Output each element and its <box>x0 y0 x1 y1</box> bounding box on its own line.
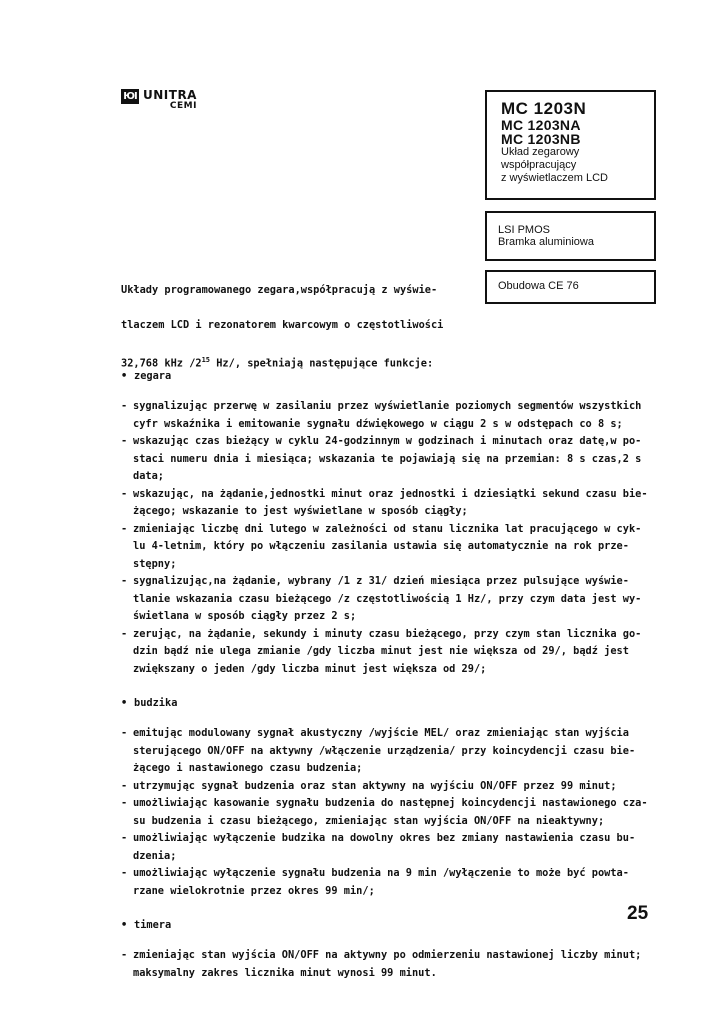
product-description: Układ zegarowy <box>501 146 654 159</box>
page-number: 25 <box>627 903 648 925</box>
product-description: z wyświetlaczem LCD <box>501 172 654 185</box>
product-variant: MC 1203NA <box>501 118 654 132</box>
list-item-text: sygnalizując,na żądanie, wybrany /1 z 31… <box>133 573 661 626</box>
unitra-cemi-logo: ЮI UNITRA CEMI <box>121 89 197 111</box>
list-item: -wskazując czas bieżący w cyklu 24-godzi… <box>121 433 661 486</box>
list-item: -zmieniając liczbę dni lutego w zależnoś… <box>121 521 661 574</box>
list-item: -sygnalizując przerwę w zasilaniu przez … <box>121 398 661 433</box>
list-item-text: zmieniając liczbę dni lutego w zależnośc… <box>133 521 661 574</box>
dash-icon: - <box>121 865 133 900</box>
section-heading: •budzika <box>121 695 661 711</box>
list-item-text: zmieniając stan wyjścia ON/OFF na aktywn… <box>133 947 661 982</box>
bullet-icon: • <box>121 695 134 711</box>
product-title: MC 1203N <box>501 100 654 118</box>
section-spacer <box>121 678 661 695</box>
technology-box: LSI PMOS Bramka aluminiowa <box>485 211 656 261</box>
list-item-text: umożliwiając wyłączenie sygnału budzenia… <box>133 865 661 900</box>
list-item: -umożliwiając wyłączenie budzika na dowo… <box>121 830 661 865</box>
bullet-icon: • <box>121 917 134 933</box>
dash-icon: - <box>121 573 133 626</box>
intro-line: tlaczem LCD i rezonatorem kwarcowym o cz… <box>121 317 461 335</box>
dash-icon: - <box>121 626 133 679</box>
list-item: -wskazując, na żądanie,jednostki minut o… <box>121 486 661 521</box>
list-item-text: wskazując, na żądanie,jednostki minut or… <box>133 486 661 521</box>
logo-mark-icon: ЮI <box>121 89 139 104</box>
dash-icon: - <box>121 795 133 830</box>
section-spacer <box>121 900 661 917</box>
logo-text: UNITRA CEMI <box>143 89 197 111</box>
section-heading-text: budzika <box>134 695 177 711</box>
dash-icon: - <box>121 521 133 574</box>
list-item: -utrzymując sygnał budzenia oraz stan ak… <box>121 778 661 796</box>
dash-icon: - <box>121 433 133 486</box>
list-item-text: sygnalizując przerwę w zasilaniu przez w… <box>133 398 661 433</box>
package-box: Obudowa CE 76 <box>485 270 656 304</box>
product-variant: MC 1203NB <box>501 132 654 146</box>
list-item-text: emitując modulowany sygnał akustyczny /w… <box>133 725 661 778</box>
list-item: -umożliwiając kasowanie sygnału budzenia… <box>121 795 661 830</box>
dash-icon: - <box>121 725 133 778</box>
intro-line: Układy programowanego zegara,współpracuj… <box>121 282 461 300</box>
section-heading: •timera <box>121 917 661 933</box>
list-item: -zerując, na żądanie, sekundy i minuty c… <box>121 626 661 679</box>
bullet-icon: • <box>121 368 134 384</box>
list-item-text: umożliwiając wyłączenie budzika na dowol… <box>133 830 661 865</box>
list-item: -emitując modulowany sygnał akustyczny /… <box>121 725 661 778</box>
section-heading-text: timera <box>134 917 171 933</box>
section-timera: •timera-zmieniając stan wyjścia ON/OFF n… <box>121 917 661 982</box>
dash-icon: - <box>121 398 133 433</box>
section-heading-text: zegara <box>134 368 171 384</box>
list-item-text: umożliwiając kasowanie sygnału budzenia … <box>133 795 661 830</box>
section-heading: •zegara <box>121 368 661 384</box>
logo-name: UNITRA <box>143 89 197 101</box>
dash-icon: - <box>121 830 133 865</box>
section-budzika: •budzika-emitując modulowany sygnał akus… <box>121 695 661 917</box>
section-zegara: •zegara-sygnalizując przerwę w zasilaniu… <box>121 368 661 695</box>
list-item: -sygnalizując,na żądanie, wybrany /1 z 3… <box>121 573 661 626</box>
list-item-text: utrzymując sygnał budzenia oraz stan akt… <box>133 778 661 796</box>
technology-line: Bramka aluminiowa <box>498 236 654 248</box>
list-item: -zmieniając stan wyjścia ON/OFF na aktyw… <box>121 947 661 982</box>
list-item: -umożliwiając wyłączenie sygnału budzeni… <box>121 865 661 900</box>
technology-line: LSI PMOS <box>498 224 654 236</box>
dash-icon: - <box>121 778 133 796</box>
function-list: •zegara-sygnalizując przerwę w zasilaniu… <box>121 368 661 982</box>
dash-icon: - <box>121 947 133 982</box>
exponent: 15 <box>202 356 210 364</box>
logo-sub: CEMI <box>143 101 197 111</box>
dash-icon: - <box>121 486 133 521</box>
product-title-box: MC 1203N MC 1203NA MC 1203NB Układ zegar… <box>485 90 656 200</box>
product-description: współpracujący <box>501 159 654 172</box>
list-item-text: wskazując czas bieżący w cyklu 24-godzin… <box>133 433 661 486</box>
package-label: Obudowa CE 76 <box>498 280 654 292</box>
list-item-text: zerując, na żądanie, sekundy i minuty cz… <box>133 626 661 679</box>
